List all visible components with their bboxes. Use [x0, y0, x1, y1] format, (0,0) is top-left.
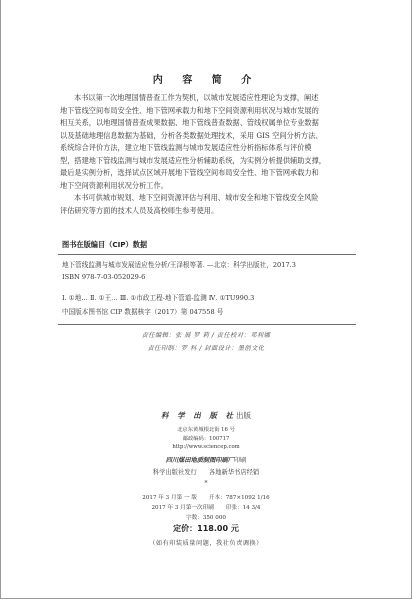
intro-paragraph-2: 本书可供城市规划、地下空间资源评估与利用、城市安全和地下管线安全风险 评估研究等… [60, 192, 360, 217]
production-credits: 责任印制：罗 科 / 封面设计：墨创文化 [0, 343, 412, 352]
intro-paragraph-1: 本书以第一次地理国情普查工作为契机，以城市发展适应性理论为支撑，阐述 地下管线空… [60, 92, 360, 192]
cip-record-number: 中国版本图书馆 CIP 数据核字（2017）第 047558 号 [62, 306, 223, 316]
text-line: 以及基础地理信息数据为基础，分析各类数据处理技术，采用 GIS 空间分析方法、 [60, 130, 360, 143]
intro-title: 内 容 简 介 [0, 71, 412, 86]
text-line: 型，搭建地下管线监测与城市发展适应性分析辅助系统，为实例分析提供辅助支撑， [60, 155, 360, 168]
printer-line: 四川煤田地质制图印刷厂印刷 [0, 455, 412, 464]
cip-classification: Ⅰ. ①地… Ⅱ. ①王… Ⅲ. ①市政工程-地下管道-监测 Ⅳ. ①TU990… [62, 292, 254, 302]
cip-heading: 图书在版编目（CIP）数据 [62, 240, 147, 250]
printer-name: 四川煤田地质制图印刷厂 [166, 457, 234, 464]
text-line: 相互关系，以地理国情普查成果数据、地下管线普查数据、管线权属单位专业数据 [60, 117, 360, 130]
cip-bottom-divider [58, 324, 356, 325]
publisher-name: 科 学 出 版 社出版 [0, 410, 412, 421]
publisher-postcode: 邮政编码：100717 [0, 434, 412, 442]
sheets-info: 印张：14 3/4 [226, 505, 261, 511]
publisher-address: 北京东黄城根北街 16 号 [0, 425, 412, 433]
publisher-suffix: 出版 [236, 411, 251, 420]
issuer: 科学出版社发行 [153, 469, 197, 476]
cip-title-line: 地下管线监测与城市发展适应性分析/王泽根等著. —北京：科学出版社，2017.3 [62, 259, 296, 269]
publisher-url: http://www.sciencep.com [0, 444, 412, 450]
cip-isbn: ISBN 978-7-03-052029-6 [62, 273, 145, 281]
text-line: 地下管线空间布局安全性、地下管网承载力和地下空间资源利用状况与城市发展的 [60, 105, 360, 118]
printer-suffix: 印刷 [234, 457, 246, 464]
word-count: 字数：350 000 [0, 513, 412, 521]
edition-row: 2017 年 3 月第 一 版开本：787×1092 1/16 [0, 493, 412, 501]
distribution-line: 科学出版社发行各地新华书店经销 [0, 467, 412, 476]
text-line: 地下空间资源利用状况分析工作。 [60, 180, 360, 193]
printing-row: 2017 年 3 月第一次印刷印张：14 3/4 [0, 503, 412, 511]
publisher-logo-text: 科 学 出 版 社 [161, 411, 236, 420]
editor-credits: 责任编辑：张 展 罗 莉 / 责任校对：邓利娜 [0, 330, 412, 339]
separator-star: * [0, 480, 412, 487]
text-line: 评估研究等方面的技术人员及高校师生参考使用。 [60, 205, 360, 218]
price: 定价：118.00 元 [0, 523, 412, 534]
quality-notice: （如有印装质量问题，我社负责调换） [0, 538, 412, 547]
text-line: 系统综合评价方法，建立地下管线监测与城市发展适应性分析指标体系与评价模 [60, 142, 360, 155]
distributor: 各地新华书店经销 [209, 469, 259, 476]
text-line: 本书以第一次地理国情普查工作为契机，以城市发展适应性理论为支撑，阐述 [60, 92, 360, 105]
edition-info: 2017 年 3 月第 一 版 [142, 495, 197, 501]
printing-info: 2017 年 3 月第一次印刷 [152, 505, 214, 511]
cip-top-divider [58, 254, 356, 255]
text-line: 本书可供城市规划、地下空间资源评估与利用、城市安全和地下管线安全风险 [60, 192, 360, 205]
text-line: 最后是实例分析，选择试点区域开展地下管线空间布局安全性、地下管网承载力和 [60, 167, 360, 180]
format-info: 开本：787×1092 1/16 [209, 495, 270, 501]
